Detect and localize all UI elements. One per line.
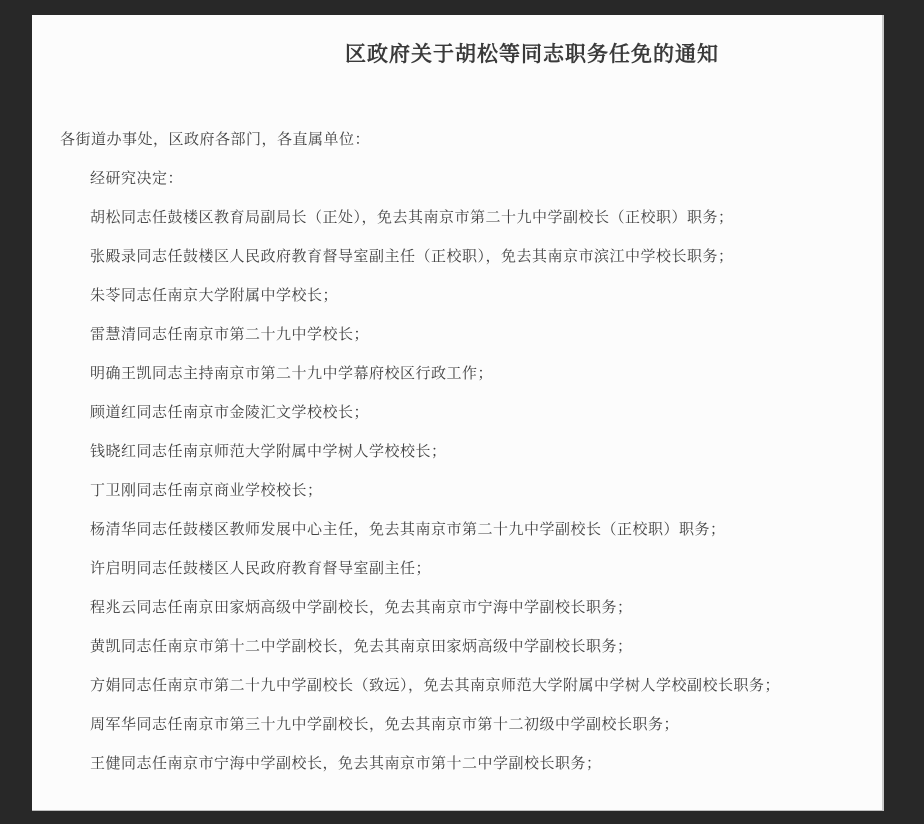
notice-body: 各街道办事处，区政府各部门，各直属单位： 经研究决定： 胡松同志任鼓楼区教育局副… <box>32 132 882 772</box>
notice-paragraph: 丁卫刚同志任南京商业学校校长； <box>60 483 862 499</box>
photo-backdrop: { "document": { "title": "区政府关于胡松等同志职务任免… <box>0 0 924 824</box>
notice-paragraph: 王健同志任南京市宁海中学副校长，免去其南京市第十二中学副校长职务； <box>60 756 862 772</box>
notice-paragraph: 黄凯同志任南京市第十二中学副校长，免去其南京田家炳高级中学副校长职务； <box>60 639 862 655</box>
notice-salutation: 各街道办事处，区政府各部门，各直属单位： <box>60 132 862 148</box>
notice-paragraph: 方娟同志任南京市第二十九中学副校长（致远），免去其南京师范大学附属中学树人学校副… <box>60 678 862 694</box>
notice-paragraph: 张殿录同志任鼓楼区人民政府教育督导室副主任（正校职），免去其南京市滨江中学校长职… <box>60 249 862 265</box>
notice-paragraph: 钱晓红同志任南京师范大学附属中学树人学校校长； <box>60 444 862 460</box>
notice-paragraph: 明确王凯同志主持南京市第二十九中学幕府校区行政工作； <box>60 366 862 382</box>
notice-paragraph: 顾道红同志任南京市金陵汇文学校校长； <box>60 405 862 421</box>
notice-paragraph: 周军华同志任南京市第三十九中学副校长，免去其南京市第十二初级中学副校长职务； <box>60 717 862 733</box>
notice-paragraph: 程兆云同志任南京田家炳高级中学副校长，免去其南京市宁海中学副校长职务； <box>60 600 862 616</box>
notice-paragraph: 胡松同志任鼓楼区教育局副局长（正处），免去其南京市第二十九中学副校长（正校职）职… <box>60 210 862 226</box>
notice-paragraph: 许启明同志任鼓楼区人民政府教育督导室副主任； <box>60 561 862 577</box>
notice-paragraph: 雷慧清同志任南京市第二十九中学校长； <box>60 327 862 343</box>
notice-paragraph: 朱苓同志任南京大学附属中学校长； <box>60 288 862 304</box>
notice-title: 区政府关于胡松等同志职务任免的通知 <box>32 40 882 70</box>
document-page: 区政府关于胡松等同志职务任免的通知 各街道办事处，区政府各部门，各直属单位： 经… <box>32 15 884 811</box>
notice-paragraph: 杨清华同志任鼓楼区教师发展中心主任，免去其南京市第二十九中学副校长（正校职）职务… <box>60 522 862 538</box>
notice-paragraph: 经研究决定： <box>60 171 862 187</box>
